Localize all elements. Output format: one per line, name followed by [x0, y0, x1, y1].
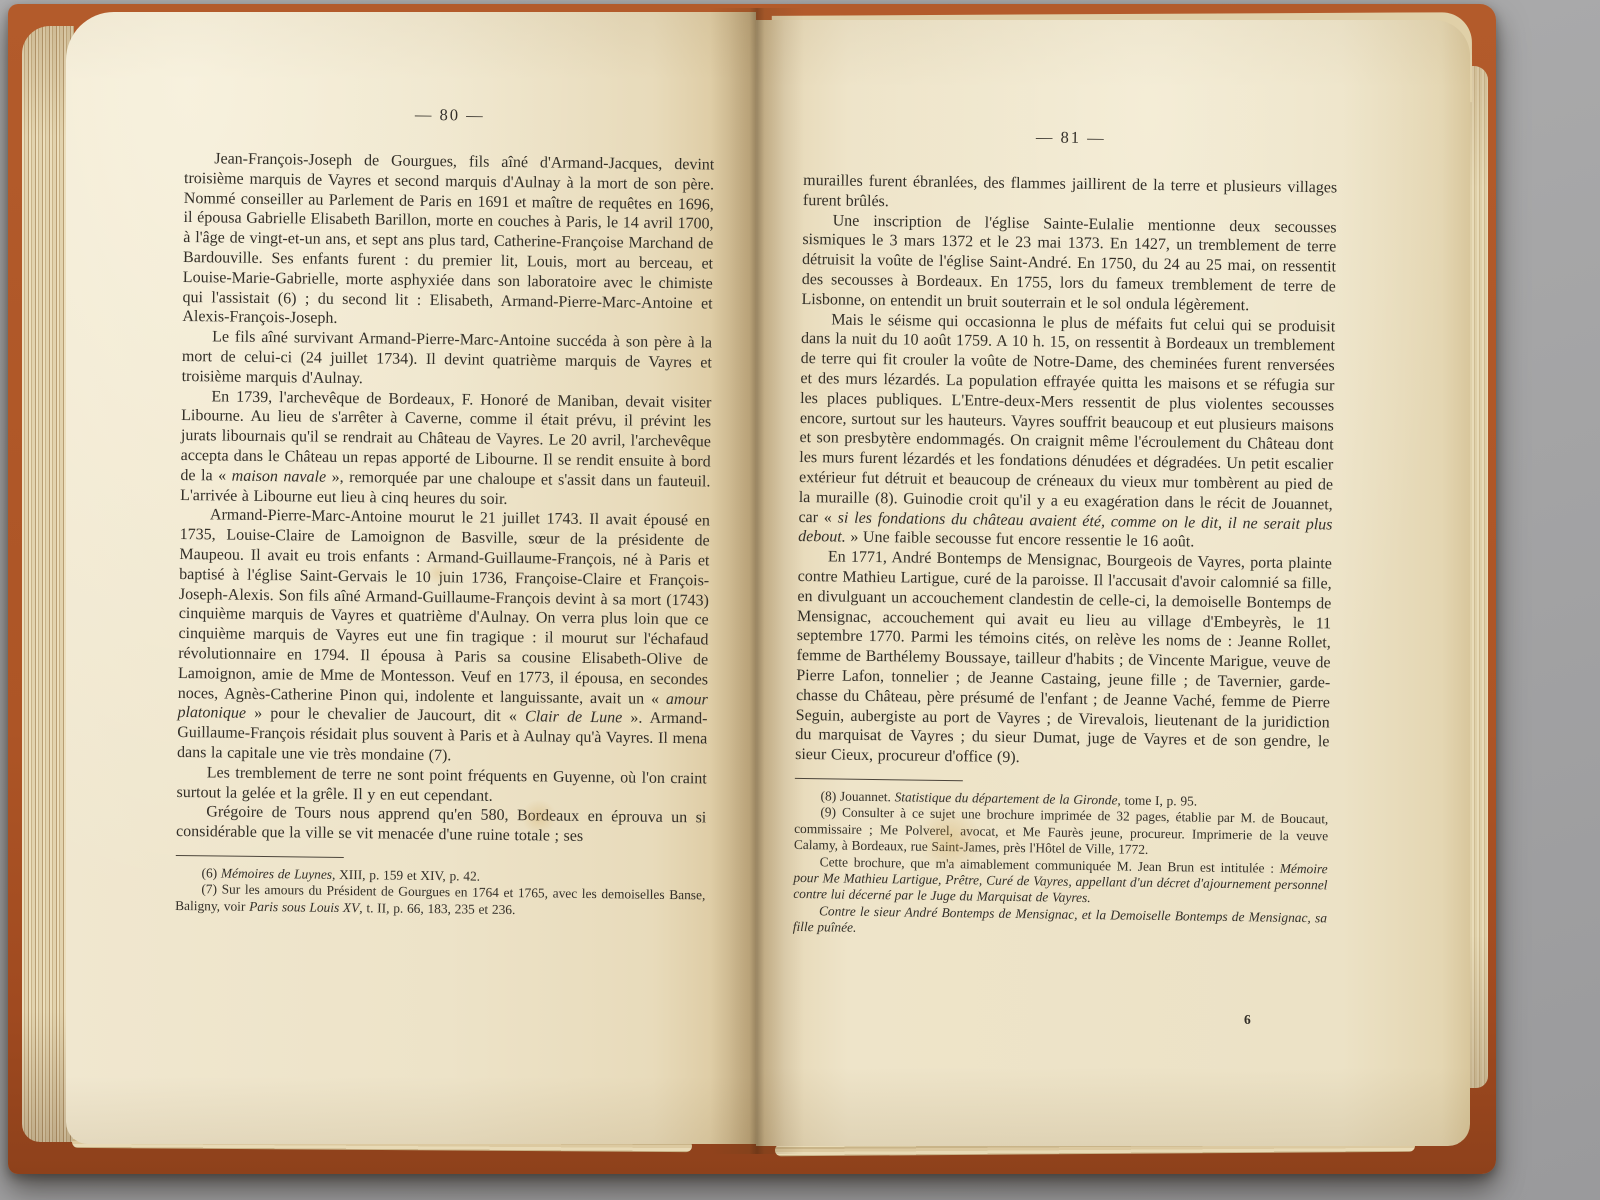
right-page-body: murailles furent ébranlées, des flammes …	[795, 171, 1337, 772]
left-text-block: — 80 — Jean-François-Joseph de Gourgues,…	[175, 102, 715, 921]
paragraph: Armand-Pierre-Marc-Antoine mourut le 21 …	[177, 505, 710, 769]
left-page-body: Jean-François-Joseph de Gourgues, fils a…	[176, 149, 714, 848]
paragraph: murailles furent ébranlées, des flammes …	[803, 171, 1338, 218]
footnote: Cette brochure, que m'a aimablement comm…	[793, 853, 1328, 910]
book-photo: — 80 — Jean-François-Joseph de Gourgues,…	[0, 0, 1600, 1200]
left-page-number: — 80 —	[185, 102, 715, 128]
signature-mark: 6	[1244, 1012, 1251, 1028]
right-text-block: — 81 — murailles furent ébranlées, des f…	[793, 124, 1338, 943]
footnote: (7) Sur les amours du Président de Gourg…	[175, 881, 705, 920]
footnote: (9) Consulter à ce sujet une brochure im…	[794, 804, 1329, 861]
left-footnote-separator	[176, 855, 344, 858]
right-footnote-separator	[795, 778, 963, 781]
paragraph: Une inscription de l'église Sainte-Eulal…	[801, 211, 1336, 317]
paragraph: En 1771, André Bontemps de Mensignac, Bo…	[795, 547, 1332, 772]
paragraph: Mais le séisme qui occasionna le plus de…	[798, 310, 1335, 555]
footnote: Contre le sieur André Bontemps de Mensig…	[793, 903, 1327, 943]
paragraph: Le fils aîné survivant Armand-Pierre-Mar…	[182, 327, 713, 393]
left-page: — 80 — Jean-François-Joseph de Gourgues,…	[66, 12, 756, 1144]
right-page: — 81 — murailles furent ébranlées, des f…	[756, 20, 1470, 1146]
paragraph: Jean-François-Joseph de Gourgues, fils a…	[182, 149, 714, 334]
right-page-number: — 81 —	[804, 124, 1338, 151]
paragraph: Grégoire de Tours nous apprend qu'en 580…	[176, 802, 706, 848]
left-page-footnotes: (6) Mémoires de Luynes, XIII, p. 159 et …	[175, 865, 706, 921]
right-page-footnotes: (8) Jouannet. Statistique du département…	[793, 788, 1329, 943]
paragraph: Les tremblement de terre ne sont point f…	[176, 763, 706, 809]
paragraph: En 1739, l'archevêque de Bordeaux, F. Ho…	[180, 387, 711, 512]
